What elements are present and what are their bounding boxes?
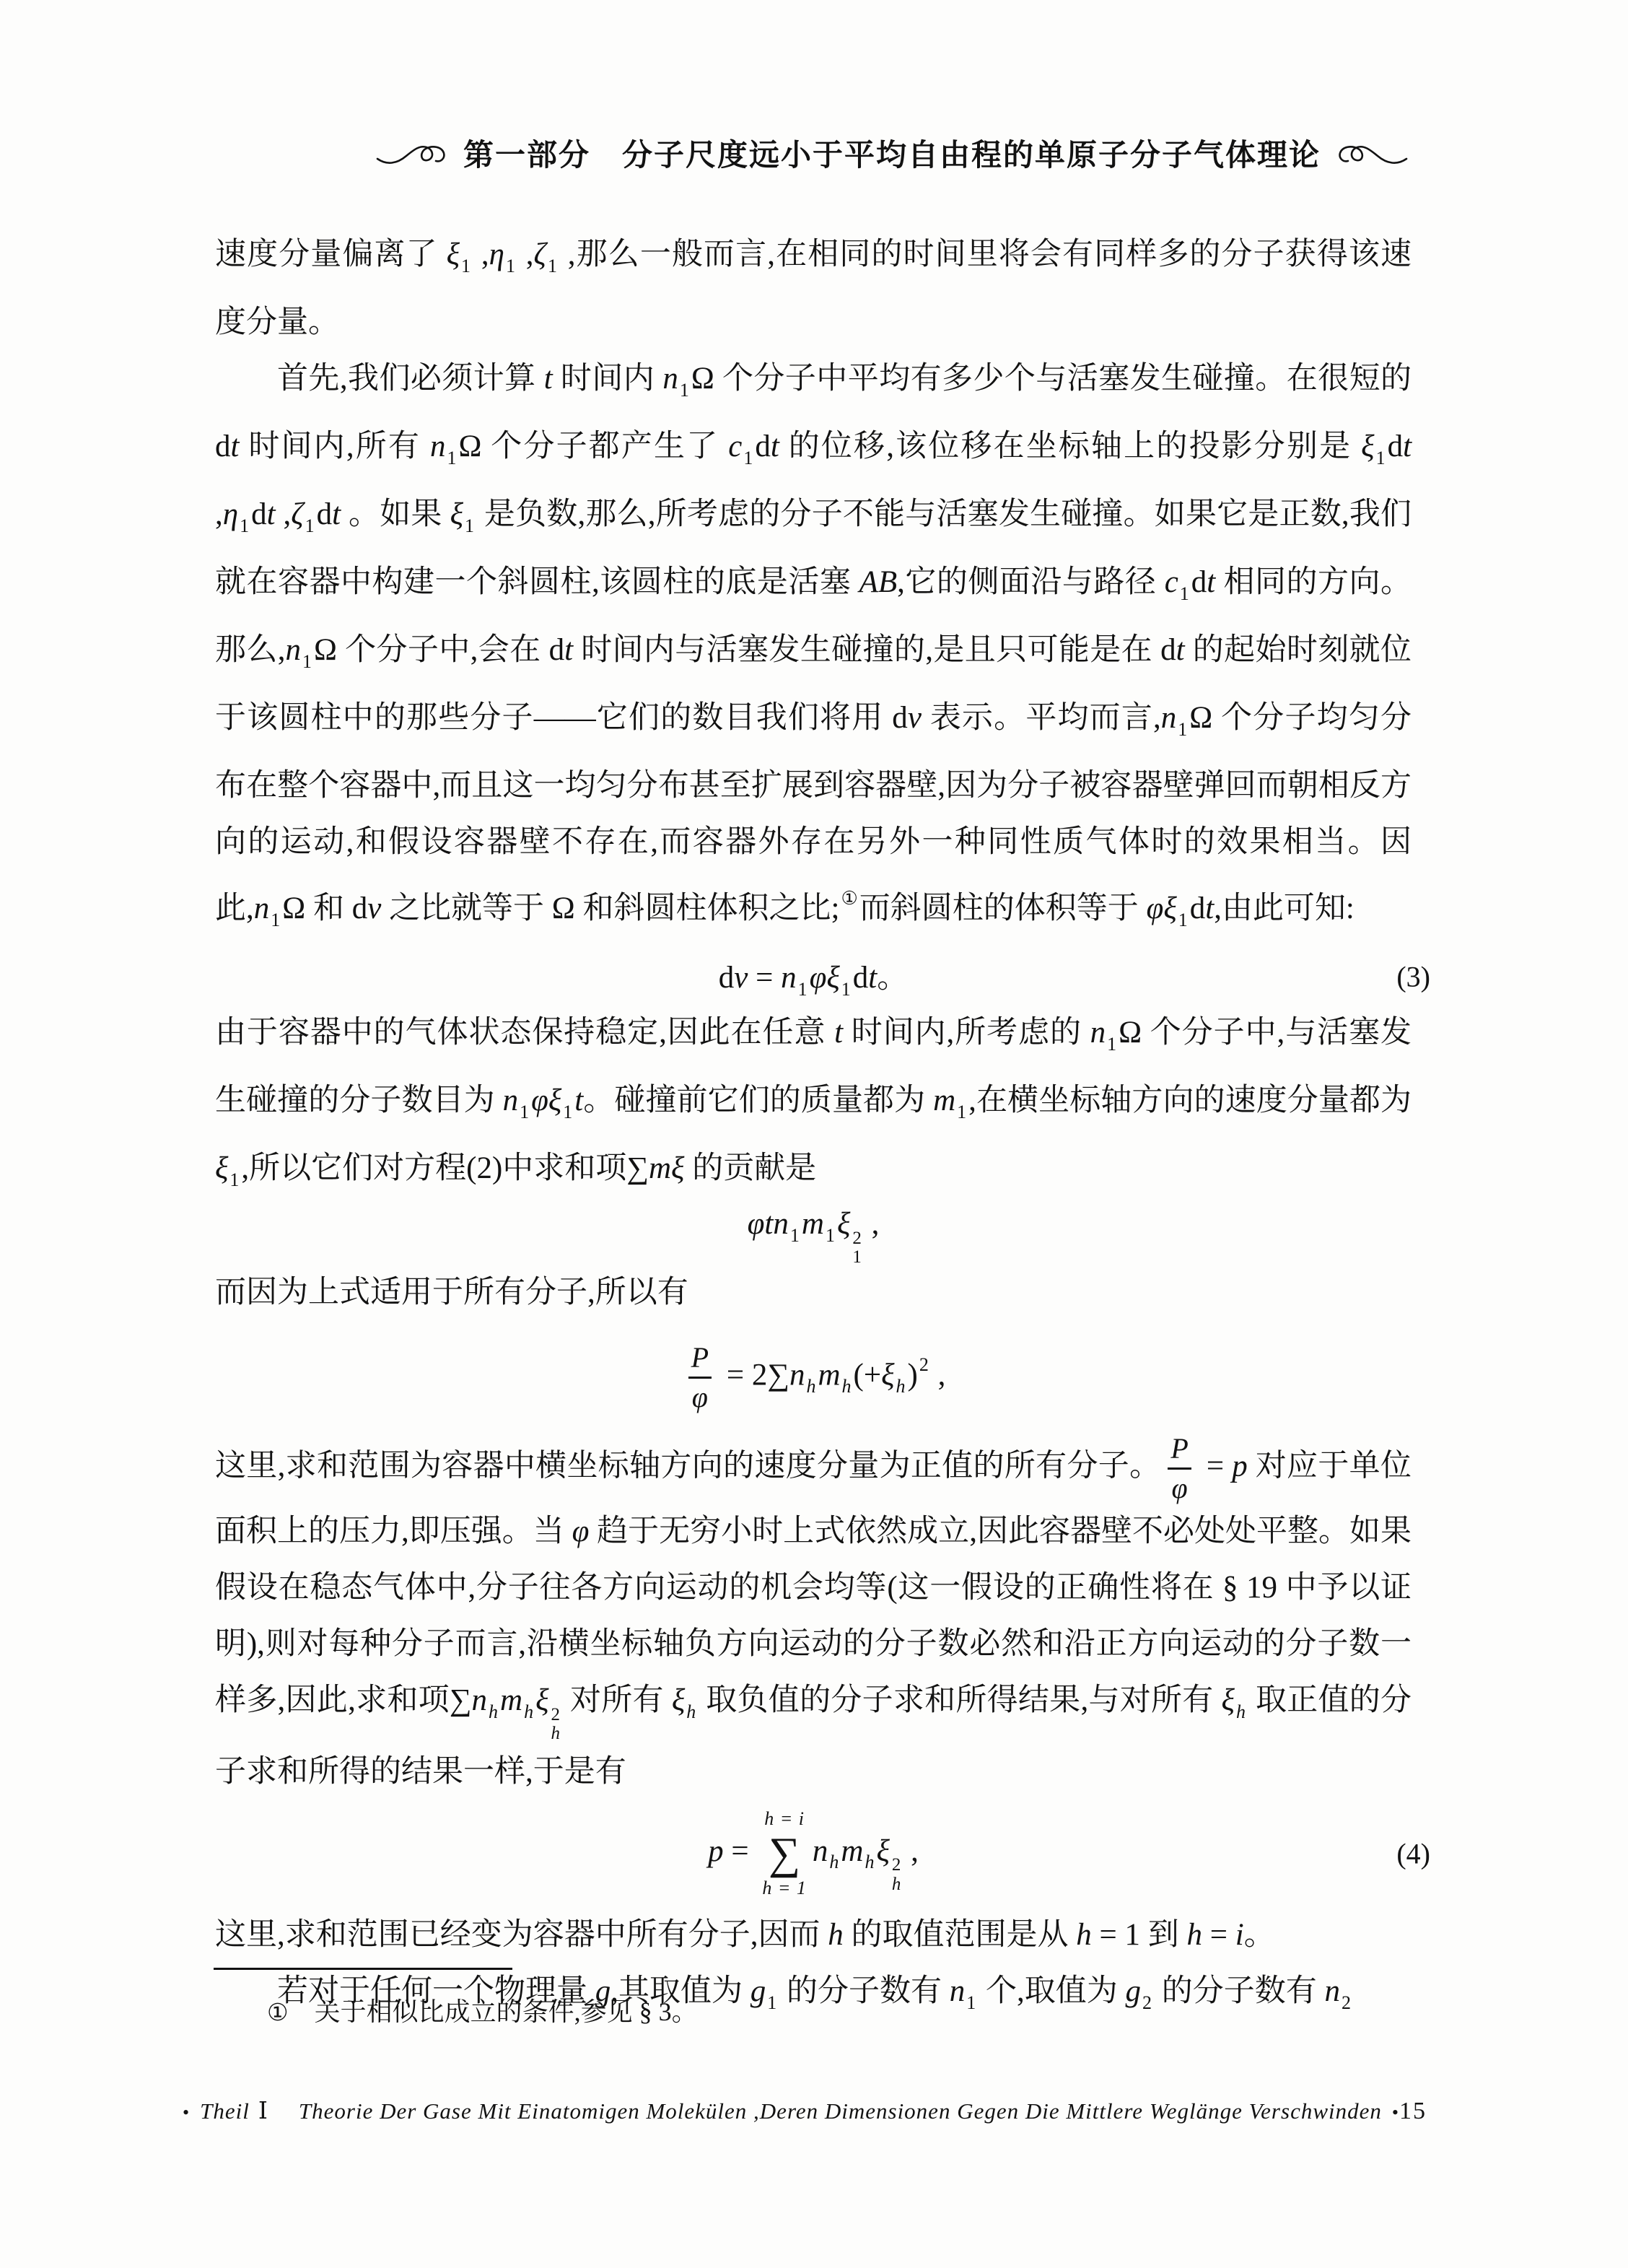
- subscript: 1: [548, 256, 557, 276]
- math-variable: n: [662, 362, 678, 396]
- subscript: 2: [1342, 1992, 1351, 2013]
- text-run: 个,取值为: [978, 1974, 1125, 2008]
- math-variable: n: [430, 429, 446, 463]
- display-equation-3: dν = n1φξ1dt。(3): [215, 948, 1412, 1005]
- body-paragraph: 速度分量偏离了 ξ1 ,η1 ,ζ1 ,那么一般而言,在相同的时间里将会有同样多…: [215, 227, 1412, 351]
- subscript: 1: [957, 1102, 966, 1122]
- text-run: 的分子数有: [779, 1974, 950, 2008]
- flourish-left-icon: [375, 138, 447, 168]
- fraction-numerator: P: [1168, 1434, 1191, 1464]
- equation-number: (3): [1396, 960, 1430, 994]
- text-run: ,: [473, 237, 489, 271]
- subscript: h: [489, 1701, 498, 1722]
- math-variable: ξ: [1361, 429, 1374, 463]
- subscript: h: [896, 1376, 906, 1397]
- text-run: ,: [215, 497, 223, 531]
- superscript: 2: [852, 1229, 862, 1248]
- stacked-sub-sup: 21: [852, 1229, 862, 1268]
- body-paragraph: 而因为上式适用于所有分子,所以有: [215, 1265, 1412, 1321]
- subscript: 1: [852, 1248, 862, 1267]
- text-run: d: [853, 961, 869, 995]
- math-variable: ξ: [672, 1683, 685, 1717]
- math-variable: φξ: [531, 1083, 561, 1117]
- math-variable: ζ: [534, 237, 546, 271]
- text-run: ,: [864, 1207, 880, 1241]
- math-variable: t: [544, 362, 553, 396]
- math-variable: n: [789, 1358, 805, 1392]
- math-variable: n: [1161, 701, 1177, 735]
- summation-with-limits: h = i∑h = 1: [762, 1808, 807, 1899]
- math-variable: m: [933, 1083, 955, 1117]
- footnote-text: 关于相似比成立的条件,参见 § 3。: [315, 1997, 698, 2026]
- footer-left-dot: •: [183, 2102, 190, 2124]
- text-run: 速度分量偏离了: [215, 237, 447, 271]
- text-run: 的贡献是: [684, 1151, 816, 1185]
- math-variable: t: [574, 1083, 583, 1117]
- subscript: 1: [680, 380, 689, 401]
- text-run: Ω 个分子中,会在 d: [314, 633, 564, 667]
- text-run: 取负值的分子求和所得结果,与对所有: [698, 1683, 1221, 1717]
- math-variable: g: [750, 1974, 766, 2008]
- subscript: 1: [305, 515, 315, 536]
- footer-part-numeral: Ⅰ: [258, 2096, 268, 2125]
- subscript: h: [892, 1875, 901, 1894]
- body-paragraph: 首先,我们必须计算 t 时间内 n1Ω 个分子中平均有多少个与活塞发生碰撞。在很…: [215, 351, 1412, 948]
- text-run: (+: [854, 1358, 882, 1392]
- subscript: h: [865, 1852, 874, 1872]
- math-variable: φ: [572, 1514, 590, 1548]
- equation-body: dν = n1φξ1dt。: [719, 953, 909, 1000]
- math-variable: φξ: [1147, 891, 1177, 925]
- text-run: = 1 到: [1092, 1918, 1187, 1952]
- text-run: 时间内与活塞发生碰撞的,是且只可能是在 d: [573, 633, 1176, 667]
- math-variable: p: [1232, 1449, 1248, 1483]
- text-run: ,它的侧面沿与路径: [897, 565, 1165, 599]
- text-run: 。: [1244, 1918, 1275, 1952]
- text-run: ,: [930, 1358, 946, 1392]
- fraction-bar: [1168, 1467, 1191, 1470]
- fraction-numerator: P: [688, 1343, 712, 1373]
- math-variable: t: [1176, 633, 1185, 667]
- text-run: ,: [276, 497, 292, 531]
- subscript: 1: [447, 448, 456, 468]
- math-variable: c: [728, 429, 742, 463]
- running-head: 第一部分 分子尺度远小于平均自由程的单原子分子气体理论: [375, 131, 1409, 175]
- fraction-bar: [688, 1377, 712, 1379]
- text-run: d: [719, 961, 735, 995]
- subscript: 1: [826, 1225, 835, 1246]
- math-variable: t: [231, 429, 240, 463]
- fraction: Pφ: [688, 1343, 712, 1413]
- stacked-sub-sup: 2h: [551, 1706, 561, 1744]
- math-variable: n: [1325, 1974, 1341, 2008]
- math-variable: ν: [734, 961, 748, 995]
- text-run: ,: [517, 237, 534, 271]
- subscript: 1: [302, 651, 312, 672]
- text-run: 表示。平均而言,: [922, 701, 1161, 735]
- text-run: ): [908, 1358, 918, 1392]
- math-variable: n: [286, 633, 302, 667]
- math-variable: g: [1126, 1974, 1142, 2008]
- math-variable: t: [1403, 429, 1412, 463]
- page-title: 分子尺度远小于平均自由程的单原子分子气体理论: [622, 131, 1321, 175]
- stacked-sub-sup: 2h: [892, 1856, 901, 1894]
- math-variable: ξ: [876, 1833, 889, 1867]
- math-variable: t: [771, 429, 779, 463]
- subscript: 1: [798, 979, 808, 1000]
- body-paragraph: 由于容器中的气体状态保持稳定,因此在任意 t 时间内,所考虑的 n1Ω 个分子中…: [215, 1005, 1412, 1208]
- math-variable: t: [267, 497, 276, 531]
- text-run: Ω 个分子都产生了: [458, 429, 728, 463]
- math-variable: t: [332, 497, 341, 531]
- display-equation: φtn1m1ξ21 ,: [215, 1208, 1412, 1265]
- math-variable: n: [254, 891, 270, 925]
- math-variable: ξ: [535, 1683, 548, 1717]
- subscript: 1: [563, 1102, 572, 1122]
- subscript: h: [1236, 1701, 1246, 1722]
- math-variable: n: [781, 961, 797, 995]
- equation-number: (4): [1396, 1836, 1430, 1870]
- equation-body: φtn1m1ξ21 ,: [748, 1206, 880, 1268]
- subscript: h: [806, 1376, 815, 1397]
- math-variable: η: [489, 237, 504, 271]
- subscript: 1: [1178, 719, 1187, 740]
- math-variable: t: [1205, 891, 1214, 925]
- subscript: 1: [465, 515, 474, 536]
- page-number: 15: [1399, 2098, 1427, 2125]
- body-paragraph: 这里,求和范围已经变为容器中所有分子,因而 h 的取值范围是从 h = 1 到 …: [215, 1907, 1412, 1963]
- subscript: 1: [229, 1169, 239, 1190]
- display-equation-4: p = h = i∑h = 1nhmhξ2h ,(4): [215, 1800, 1412, 1907]
- math-variable: i: [1235, 1918, 1244, 1952]
- math-variable: ξ: [450, 497, 463, 531]
- sum-upper-limit: h = i: [764, 1808, 805, 1830]
- subscript: 1: [790, 1225, 800, 1246]
- math-variable: m: [818, 1358, 840, 1392]
- math-variable: ν: [908, 701, 922, 735]
- text-run: 时间内,所考虑的: [843, 1016, 1090, 1050]
- subscript: 1: [271, 910, 280, 930]
- text-run: 对所有: [562, 1683, 672, 1717]
- subscript: 2: [1142, 1992, 1152, 2013]
- fraction: Pφ: [1168, 1434, 1191, 1504]
- text-run: 时间内: [553, 362, 663, 396]
- math-variable: φξ: [810, 961, 840, 995]
- section-part-label: 第一部分: [463, 131, 590, 175]
- subscript: 1: [1376, 448, 1386, 468]
- superscript: ①: [841, 888, 857, 909]
- subscript: h: [686, 1701, 696, 1722]
- text-run: 的分子数有: [1154, 1974, 1325, 2008]
- text-run: d: [317, 497, 333, 531]
- display-equation: Pφ = 2∑nhmh(+ξh)2 ,: [215, 1321, 1412, 1434]
- math-variable: p: [708, 1833, 724, 1867]
- math-variable: ζ: [291, 497, 303, 531]
- text-run: =: [1202, 1918, 1235, 1952]
- math-variable: mξ: [649, 1151, 684, 1185]
- text-run: 首先,我们必须计算: [277, 362, 544, 396]
- text-run: 的位移,该位移在坐标轴上的投影分别是: [779, 429, 1361, 463]
- text-run: 。: [877, 961, 908, 995]
- math-variable: ξ: [215, 1151, 228, 1185]
- text-run: 由于容器中的气体状态保持稳定,因此在任意: [215, 1016, 834, 1050]
- subscript: 1: [1107, 1034, 1116, 1055]
- text-run: =: [748, 961, 781, 995]
- body-paragraph: 这里,求和范围为容器中横坐标轴方向的速度分量为正值的所有分子。Pφ = p 对应…: [215, 1434, 1412, 1800]
- subscript: h: [524, 1701, 533, 1722]
- subscript: 1: [520, 1102, 529, 1122]
- text-run: 这里,求和范围已经变为容器中所有分子,因而: [215, 1918, 828, 1952]
- math-variable: t: [834, 1016, 843, 1050]
- text-run: d: [251, 497, 267, 531]
- superscript: 2: [892, 1856, 901, 1875]
- subscript: 1: [1178, 910, 1188, 930]
- subscript: 1: [966, 1992, 976, 2013]
- math-variable: n: [472, 1683, 488, 1717]
- footer-book-title: Theorie Der Gase Mit Einatomigen Molekül…: [299, 2098, 1382, 2124]
- text-run: 时间内,所有: [239, 429, 429, 463]
- text-run: = 2: [719, 1358, 767, 1392]
- subscript: 1: [841, 979, 851, 1000]
- text-run: ∑: [626, 1151, 649, 1185]
- math-variable: ξ: [881, 1358, 894, 1392]
- math-variable: n: [950, 1974, 966, 2008]
- subscript: 1: [1180, 583, 1189, 604]
- math-variable: t: [564, 633, 573, 667]
- text-run: 。如果: [341, 497, 450, 531]
- text-run: 。碰撞前它们的质量都为: [583, 1083, 933, 1117]
- text-run: d: [755, 429, 771, 463]
- text-run: ,所以它们对方程(2)中求和项: [241, 1151, 626, 1185]
- text-run: 而斜圆柱的体积等于: [859, 891, 1147, 925]
- book-page: 第一部分 分子尺度远小于平均自由程的单原子分子气体理论 速度分量偏离了 ξ1 ,…: [0, 0, 1628, 2268]
- footnote-separator: [214, 1968, 512, 1970]
- subscript: h: [829, 1852, 839, 1872]
- math-variable: h: [828, 1918, 844, 1952]
- fraction-denominator: φ: [1169, 1473, 1191, 1504]
- text-run: =: [724, 1833, 757, 1867]
- math-variable: m: [841, 1833, 863, 1867]
- page-footer: • Theil Ⅰ Theorie Der Gase Mit Einatomig…: [183, 2096, 1414, 2125]
- math-variable: n: [813, 1833, 828, 1867]
- sum-lower-limit: h = 1: [762, 1877, 807, 1899]
- text-run: ∑: [450, 1683, 472, 1717]
- math-variable: t: [1207, 565, 1215, 599]
- math-variable: n: [1090, 1016, 1106, 1050]
- subscript: 1: [461, 256, 471, 276]
- equation-body: Pφ = 2∑nhmh(+ξh)2 ,: [681, 1343, 946, 1413]
- superscript: 2: [919, 1354, 929, 1375]
- math-variable: ν: [367, 891, 381, 925]
- math-variable: m: [802, 1207, 824, 1241]
- text-run: =: [1199, 1449, 1232, 1483]
- equation-body: p = h = i∑h = 1nhmhξ2h ,: [708, 1808, 919, 1899]
- text-run: d: [1388, 429, 1404, 463]
- footer-right-dot: •: [1392, 2102, 1399, 2124]
- math-variable: ξ: [447, 237, 460, 271]
- math-variable: h: [1187, 1918, 1203, 1952]
- text-run: d: [1190, 891, 1206, 925]
- subscript: 1: [767, 1992, 776, 2013]
- math-variable: ξ: [1222, 1683, 1235, 1717]
- math-variable: η: [223, 497, 238, 531]
- text-run: ∑: [767, 1358, 789, 1392]
- sigma-symbol: ∑: [769, 1830, 800, 1877]
- subscript: h: [842, 1376, 852, 1397]
- math-variable: ξ: [837, 1207, 850, 1241]
- footnote-mark: ①: [267, 2000, 289, 2026]
- text-run: 之比就等于 Ω 和斜圆柱体积之比;: [381, 891, 839, 925]
- text-run: ,在横坐标轴方向的速度分量都为: [968, 1083, 1412, 1117]
- text-run: 而因为上式适用于所有分子,所以有: [215, 1275, 688, 1309]
- subscript: h: [551, 1724, 561, 1743]
- math-variable: c: [1165, 565, 1178, 599]
- fraction-denominator: φ: [689, 1382, 711, 1413]
- text-run: Ω 和 d: [282, 891, 367, 925]
- text-run: ,: [903, 1833, 919, 1867]
- footnote: ①关于相似比成立的条件,参见 § 3。: [215, 1995, 698, 2030]
- flourish-right-icon: [1336, 138, 1409, 168]
- subscript: 1: [240, 515, 249, 536]
- math-variable: t: [868, 961, 877, 995]
- math-variable: n: [503, 1083, 519, 1117]
- superscript: 2: [551, 1706, 561, 1724]
- text-run: 这里,求和范围为容器中横坐标轴方向的速度分量为正值的所有分子。: [215, 1449, 1160, 1483]
- footer-part: Theil: [200, 2098, 250, 2124]
- math-variable: h: [1076, 1918, 1092, 1952]
- subscript: 1: [743, 448, 753, 468]
- math-variable: φtn: [748, 1207, 789, 1241]
- subscript: 1: [506, 256, 515, 276]
- body-content: 速度分量偏离了 ξ1 ,η1 ,ζ1 ,那么一般而言,在相同的时间里将会有同样多…: [215, 227, 1412, 2031]
- math-variable: AB: [859, 565, 898, 599]
- text-run: d: [1191, 565, 1207, 599]
- text-run: 的取值范围是从: [844, 1918, 1077, 1952]
- math-variable: m: [500, 1683, 522, 1717]
- text-run: ,由此可知:: [1214, 891, 1355, 925]
